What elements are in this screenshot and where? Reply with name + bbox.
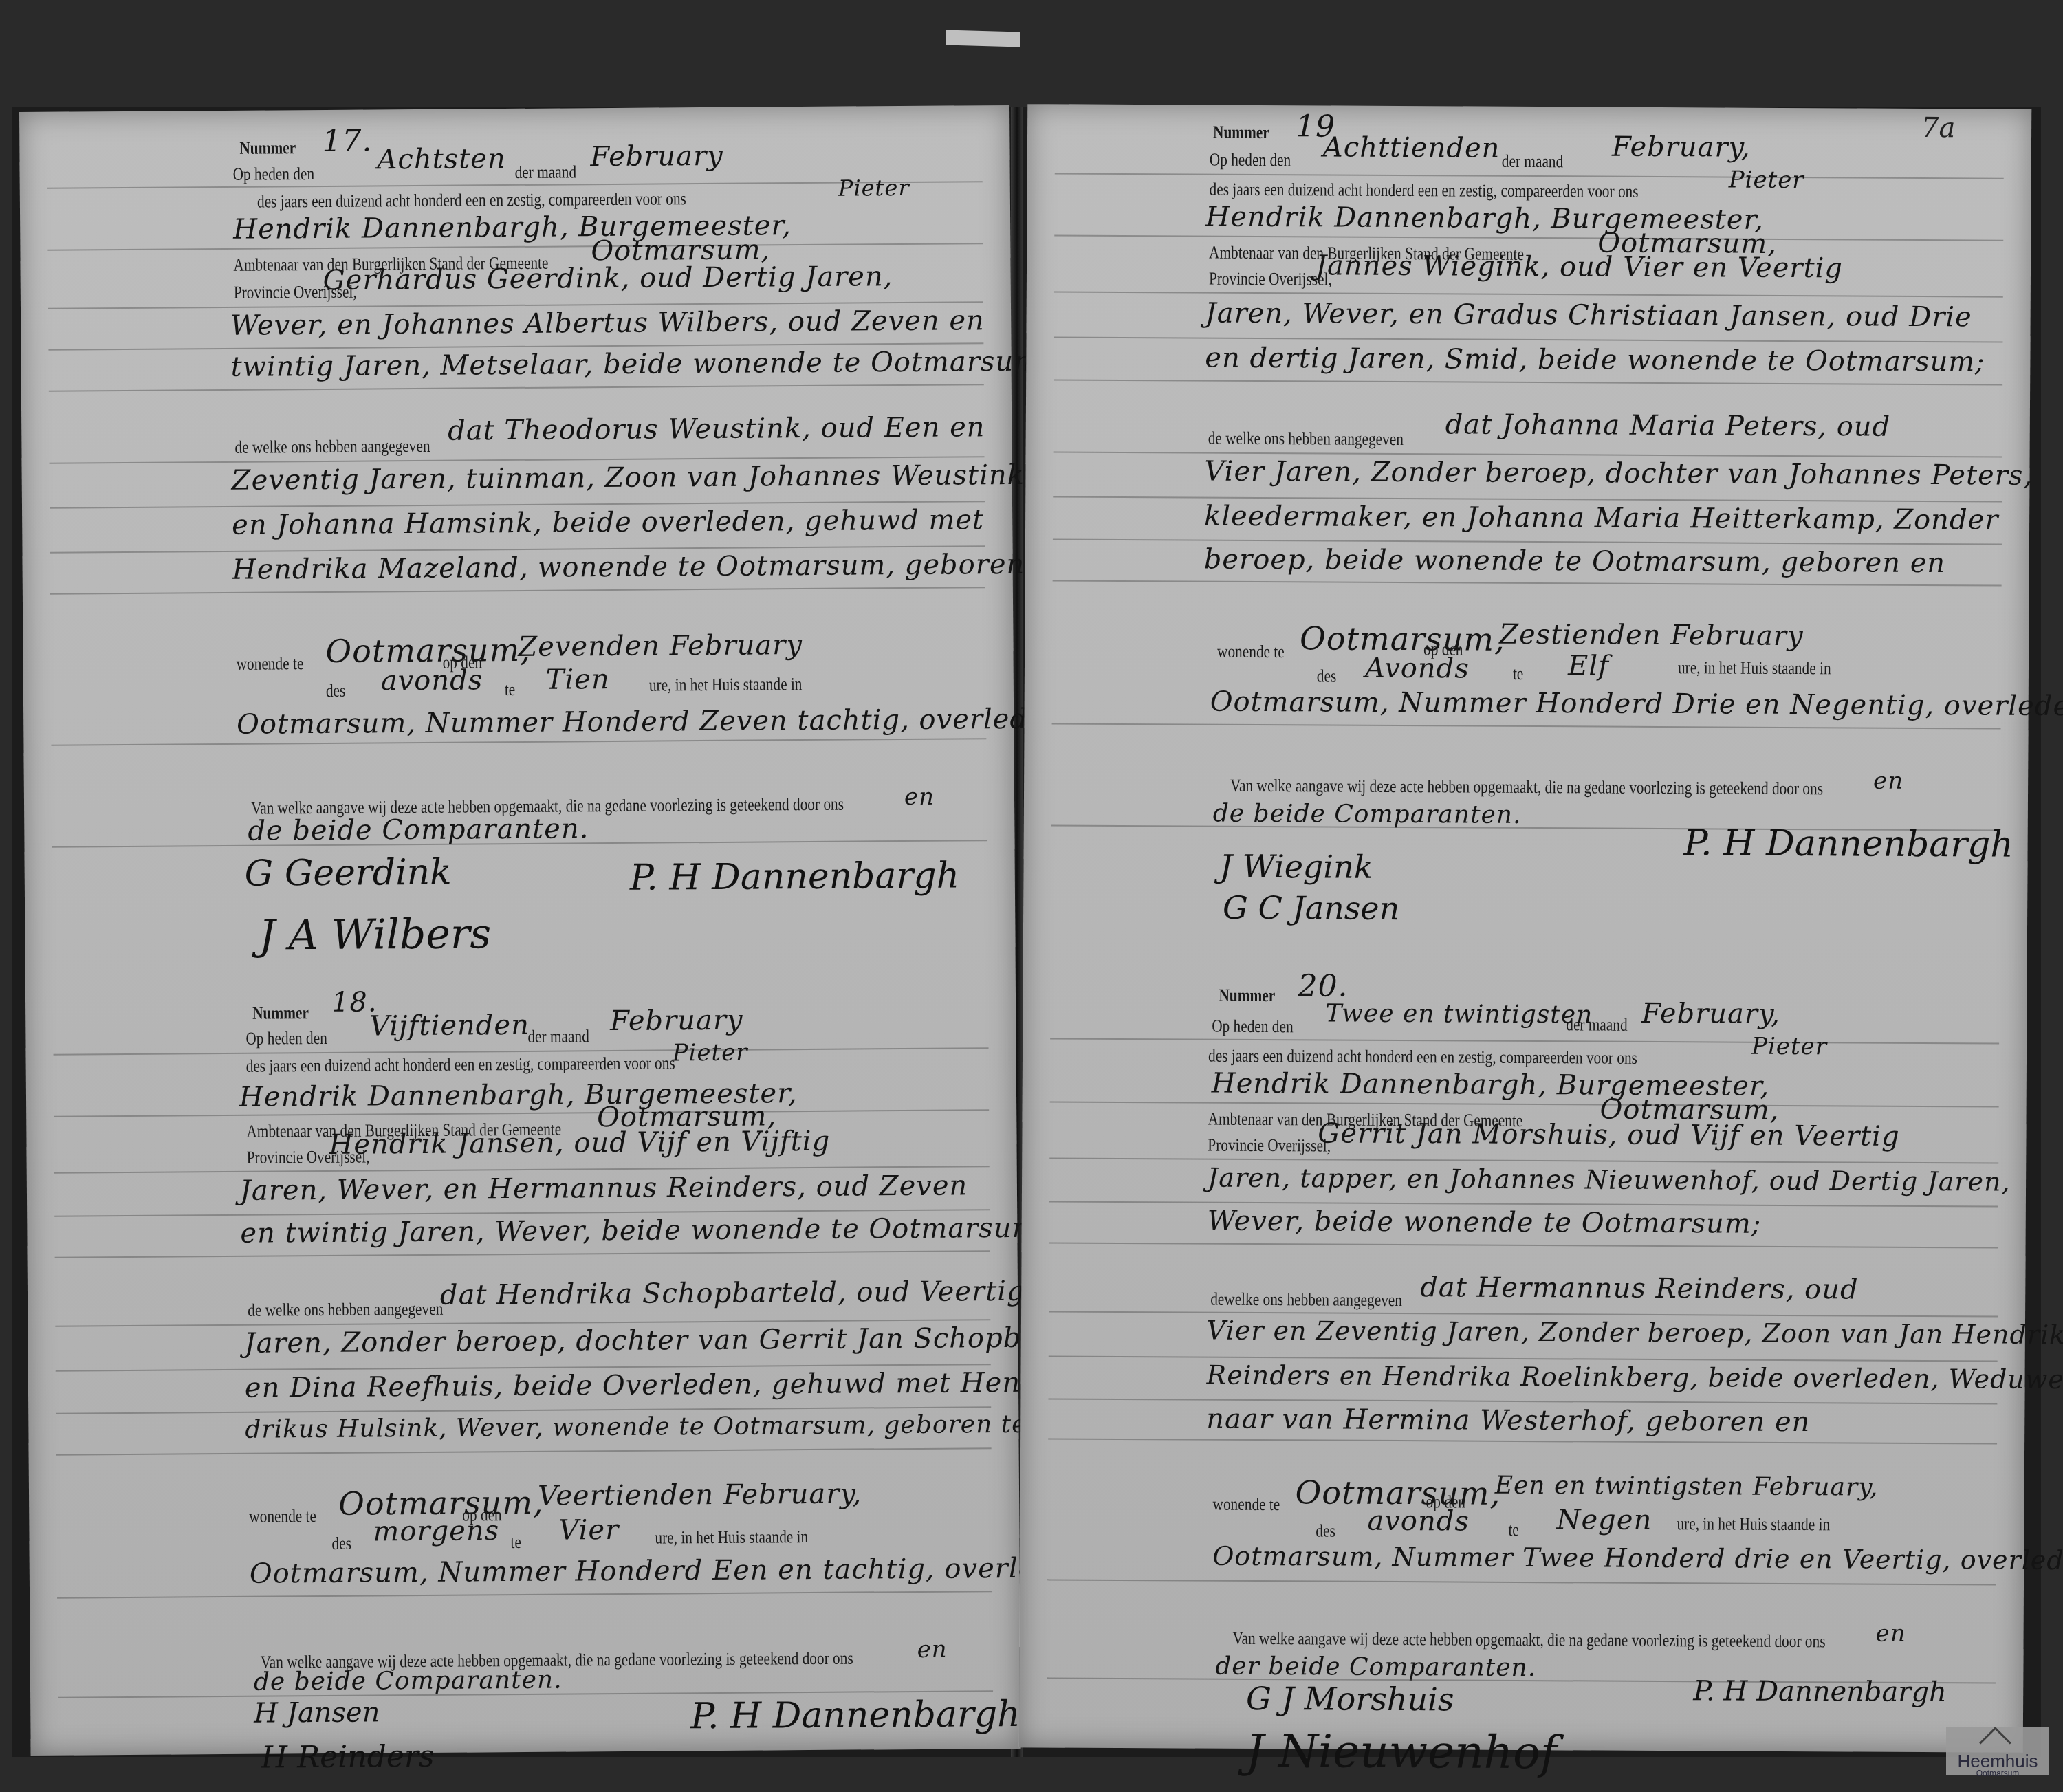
ure-label: ure, in het Huis staande in xyxy=(649,674,803,696)
der-maand-label: der maand xyxy=(1502,151,1564,172)
nummer-label: Nummer xyxy=(252,1003,309,1023)
watermark-place: Ootmarsum xyxy=(1946,1769,2049,1778)
witness-line-3: Wever, beide wonende te Ootmarsum; xyxy=(1208,1205,1762,1240)
daypart: morgens xyxy=(373,1515,499,1547)
record-month: February xyxy=(610,1005,743,1037)
declaration-line-1: dat Hermannus Reinders, oud xyxy=(1420,1271,1859,1305)
officer-signature: P. H Dannenbargh xyxy=(690,1694,1020,1737)
des-jaars-label: des jaars een duizend acht honderd een e… xyxy=(257,188,686,212)
officer-first-name: Pieter xyxy=(672,1039,747,1067)
declaration-line-2: Jaren, Zonder beroep, dochter van Gerrit… xyxy=(244,1322,1109,1359)
de-welke-label: de welke ons hebben aangegeven xyxy=(1208,428,1404,450)
record-number: 20. xyxy=(1298,968,1348,1003)
declaration-line-4: Hendrika Mazeland, wonende te Ootmarsum,… xyxy=(232,548,1069,586)
provincie-label: Provincie Overijssel, xyxy=(1208,1135,1331,1157)
witness-line-1: Gerrit Jan Morshuis, oud Vijf en Veertig xyxy=(1318,1117,1899,1152)
closing-line: der beide Comparanten. xyxy=(1215,1652,1536,1682)
closing-tail: en xyxy=(1873,767,1903,795)
witness-line-1: Jannes Wiegink, oud Vier en Veertig xyxy=(1316,250,1843,284)
death-day: Een en twintigsten February, xyxy=(1495,1472,1879,1502)
declaration-line-3: Reinders en Hendrika Roelinkberg, beide … xyxy=(1206,1360,2063,1395)
ure-label: ure, in het Huis staande in xyxy=(1677,1514,1830,1535)
witness-signature-2: H Reinders xyxy=(261,1739,435,1775)
residence: Ootmarsum, xyxy=(325,631,531,670)
declaration-line-4: naar van Hermina Westerhof, geboren en xyxy=(1206,1403,1810,1439)
witness-line-3: en twintig Jaren, Wever, beide wonende t… xyxy=(240,1212,1049,1249)
daypart: Avonds xyxy=(1365,653,1470,685)
witness-signature-2: J Nieuwenhof xyxy=(1246,1725,1558,1779)
record-month: February, xyxy=(1641,998,1780,1030)
declaration-line-2: Vier en Zeventig Jaren, Zonder beroep, Z… xyxy=(1207,1315,2063,1351)
der-maand-label: der maand xyxy=(1566,1014,1628,1035)
house-line: Ootmarsum, Nummer Honderd Een en tachtig… xyxy=(250,1552,1133,1590)
witness-signature-1: G J Morshuis xyxy=(1246,1680,1454,1718)
death-day: Zestienden February xyxy=(1499,619,1804,652)
officer-first-name: Pieter xyxy=(838,175,910,201)
des-label: des xyxy=(1317,666,1337,686)
van-welke-label: Van welke aangave wij deze acte hebben o… xyxy=(1233,1628,1826,1652)
record-day: Achttienden xyxy=(1323,131,1500,164)
des-jaars-label: des jaars een duizend acht honderd een e… xyxy=(1208,1046,1637,1069)
record-day: Vijftienden xyxy=(369,1009,530,1042)
record-number: 17. xyxy=(322,123,372,159)
house-line: Ootmarsum, Nummer Twee Honderd drie en V… xyxy=(1212,1541,2063,1576)
de-welke-label: de welke ons hebben aangegeven xyxy=(248,1299,443,1321)
record-month: February, xyxy=(1612,131,1751,164)
declaration-line-1: dat Johanna Maria Peters, oud xyxy=(1445,408,1891,442)
officer-first-name: Pieter xyxy=(1751,1033,1827,1061)
wonende-te-label: wonende te xyxy=(1213,1494,1280,1516)
declaration-line-1: dat Hendrika Schopbarteld, oud Veertig xyxy=(440,1276,1025,1311)
witness-line-2: Jaren, tapper, en Johannes Nieuwenhof, o… xyxy=(1208,1163,2011,1197)
te-label: te xyxy=(510,1532,521,1553)
nummer-label: Nummer xyxy=(1219,985,1275,1005)
bookmark-tab xyxy=(946,30,1020,47)
hour: Tien xyxy=(546,664,610,696)
witness-line-2: Jaren, Wever, en Hermannus Reinders, oud… xyxy=(240,1170,968,1206)
witness-signature-2: G C Jansen xyxy=(1223,889,1399,927)
witness-line-2: Wever, en Johannes Albertus Wilbers, oud… xyxy=(230,305,985,342)
closing-line: de beide Comparanten. xyxy=(1213,800,1522,829)
wonende-te-label: wonende te xyxy=(237,653,304,675)
death-record-19: Nummer 19 Op heden den Achttienden der m… xyxy=(1027,104,2031,109)
nummer-label: Nummer xyxy=(1213,122,1269,142)
death-record-17: Nummer 17. Op heden den Achtsten der maa… xyxy=(19,105,1009,112)
hour: Negen xyxy=(1556,1504,1652,1536)
officer-first-name: Pieter xyxy=(1729,166,1804,195)
house-line: Ootmarsum, Nummer Honderd Drie en Negent… xyxy=(1210,686,2063,723)
register-book: Nummer 17. Op heden den Achtsten der maa… xyxy=(12,107,2041,1757)
right-page: 7a Nummer 19 Op heden den Achttienden de… xyxy=(1019,104,2031,1753)
declaration-line-2: Zeventig Jaren, tuinman, Zoon van Johann… xyxy=(232,459,1034,496)
op-heden-label: Op heden den xyxy=(1210,150,1291,171)
de-welke-label: dewelke ons hebben aangegeven xyxy=(1210,1289,1402,1311)
officer-signature: P. H Dannenbargh xyxy=(1683,822,2013,866)
record-day: Achtsten xyxy=(377,143,505,175)
op-heden-label: Op heden den xyxy=(1212,1016,1294,1038)
left-page: Nummer 17. Op heden den Achtsten der maa… xyxy=(19,105,1021,1756)
officer-signature: P. H Dannenbargh xyxy=(630,855,960,898)
ure-label: ure, in het Huis staande in xyxy=(655,1527,808,1549)
declaration-line-3: en Dina Reefhuis, beide Overleden, gehuw… xyxy=(245,1367,1031,1404)
heemhuis-watermark: Heemhuis Ootmarsum xyxy=(1946,1727,2049,1775)
closing-tail: en xyxy=(917,1636,948,1663)
declaration-line-1: dat Theodorus Weustink, oud Een en xyxy=(448,411,985,446)
death-day: Veertienden February, xyxy=(538,1478,862,1511)
des-label: des xyxy=(1316,1520,1335,1541)
witness-signature-2: J A Wilbers xyxy=(259,910,491,959)
officer-signature: P. H Dannenbargh xyxy=(1693,1675,1947,1708)
record-day: Twee en twintigsten xyxy=(1325,999,1593,1029)
closing-line: de beide Comparanten. xyxy=(248,813,589,846)
des-label: des xyxy=(326,681,346,701)
daypart: avonds xyxy=(381,664,483,697)
te-label: te xyxy=(505,679,516,700)
op-heden-label: Op heden den xyxy=(245,1028,327,1049)
declaration-line-2: Vier Jaren, Zonder beroep, dochter van J… xyxy=(1204,456,2033,492)
witness-signature-1: H Jansen xyxy=(254,1696,380,1729)
death-record-20: Nummer 20. Op heden den Twee en twintigs… xyxy=(1023,881,2027,886)
ure-label: ure, in het Huis staande in xyxy=(1678,657,1831,679)
des-jaars-label: des jaars een duizend acht honderd een e… xyxy=(246,1053,675,1076)
der-maand-label: der maand xyxy=(527,1026,589,1047)
closing-tail: en xyxy=(1876,1620,1906,1648)
hour: Vier xyxy=(558,1514,619,1547)
witness-signature-1: G Geerdink xyxy=(245,852,452,895)
nummer-label: Nummer xyxy=(239,138,296,158)
witness-line-1: Gerhardus Geerdink, oud Dertig Jaren, xyxy=(323,261,893,296)
record-month: February xyxy=(590,140,723,173)
folio-number: 7a xyxy=(1921,112,1956,144)
witness-line-3: en dertig Jaren, Smid, beide wonende te … xyxy=(1205,342,1985,378)
declaration-line-4: beroep, beide wonende te Ootmarsum, gebo… xyxy=(1204,544,1946,580)
hour: Elf xyxy=(1568,650,1609,681)
te-label: te xyxy=(1513,664,1524,684)
house-line: Ootmarsum, Nummer Honderd Zeven tachtig,… xyxy=(237,703,1106,741)
declaration-line-3: kleedermaker, en Johanna Maria Heitterka… xyxy=(1204,501,1998,536)
des-jaars-label: des jaars een duizend acht honderd een e… xyxy=(1210,179,1639,202)
death-day: Zevenden February xyxy=(518,629,803,663)
wonende-te-label: wonende te xyxy=(1217,642,1285,663)
closing-line: de beide Comparanten. xyxy=(254,1666,563,1696)
witness-line-2: Jaren, Wever, en Gradus Christiaan Janse… xyxy=(1205,298,1972,334)
witness-signature-1: J Wiegink xyxy=(1219,848,1373,886)
te-label: te xyxy=(1508,1520,1519,1540)
de-welke-label: de welke ons hebben aangegeven xyxy=(234,436,430,458)
declaration-line-3: en Johanna Hamsink, beide overleden, geh… xyxy=(232,504,984,541)
provincie-label: Provincie Overijssel, xyxy=(1209,269,1332,290)
van-welke-label: Van welke aangave wij deze acte hebben o… xyxy=(1230,776,1823,800)
op-heden-label: Op heden den xyxy=(233,164,315,185)
witness-line-3: twintig Jaren, Metselaar, beide wonende … xyxy=(230,346,1050,383)
witness-line-1: Hendrik Jansen, oud Vijf en Vijftig xyxy=(329,1126,830,1161)
closing-tail: en xyxy=(904,783,935,811)
des-label: des xyxy=(331,1533,351,1554)
wonende-te-label: wonende te xyxy=(249,1506,316,1527)
daypart: avonds xyxy=(1367,1505,1470,1538)
der-maand-label: der maand xyxy=(515,162,577,183)
